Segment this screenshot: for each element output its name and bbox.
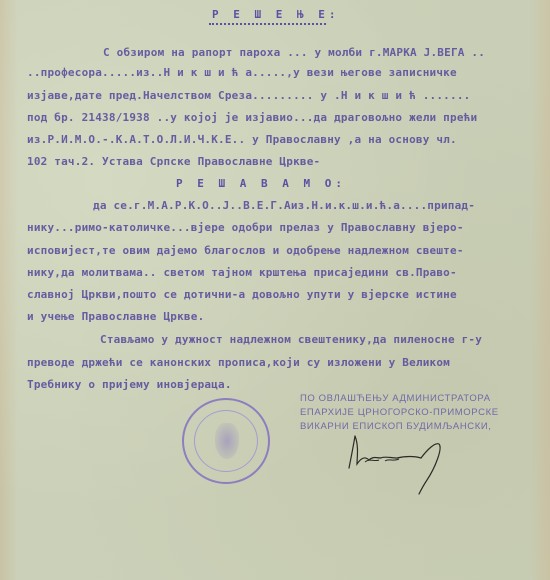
decision-heading: Р Е Ш А В А М О:: [176, 177, 346, 190]
title-underline: [209, 23, 326, 27]
decision-line: нику,да молитвама.. светом тајном крштењ…: [27, 266, 457, 279]
instruction-line: преводе држећи се канонских прописа,који…: [27, 356, 450, 369]
seal-icon: [182, 398, 270, 484]
intro-line: из.Р.И.М.О.-.К.А.Т.О.Л.И.Ч.К.Е.. у Право…: [27, 133, 457, 146]
seal-inner-ring: [194, 410, 258, 472]
intro-line: С обзиром на рапорт пароха ... у молби г…: [103, 46, 485, 59]
document-title: Р Е Ш Е Њ Е:: [212, 8, 339, 21]
decision-line: славној Цркви,пошто се дотични-а довољно…: [27, 288, 457, 301]
intro-line: ..професора.....из..Н и к ш и ћ а.....,у…: [27, 66, 457, 79]
stamp-line: ЕПАРХИЈЕ ЦРНОГОРСКО-ПРИМОРСКЕ: [300, 407, 499, 418]
intro-line: 102 тач.2. Устава Српске Православне Црк…: [27, 155, 320, 168]
coat-of-arms-icon: [215, 423, 239, 459]
decision-line: нику...римо-католичке...вјере одобри пре…: [27, 221, 464, 234]
intro-line: под бр. 21438/1938 ..у којој је изјавио.…: [27, 111, 477, 124]
instruction-line: Требнику о пријему иновјераца.: [27, 378, 232, 391]
decision-line: и учење Православне Цркве.: [27, 310, 204, 323]
decision-line: исповијест,те овим дајемо благослов и од…: [27, 244, 464, 257]
signature-icon: [335, 428, 465, 498]
stamp-line: ПО ОВЛАШЋЕЊУ АДМИНИСТРАТОРА: [300, 393, 491, 404]
intro-line: изјаве,дате пред.Начелством Среза.......…: [27, 89, 470, 102]
instruction-line: Стављамо у дужност надлежном свештенику,…: [100, 333, 482, 346]
decision-line: да се.г.М.А.Р.К.О..Ј..В.Е.Г.Аиз.Н.и.к.ш.…: [93, 199, 475, 212]
